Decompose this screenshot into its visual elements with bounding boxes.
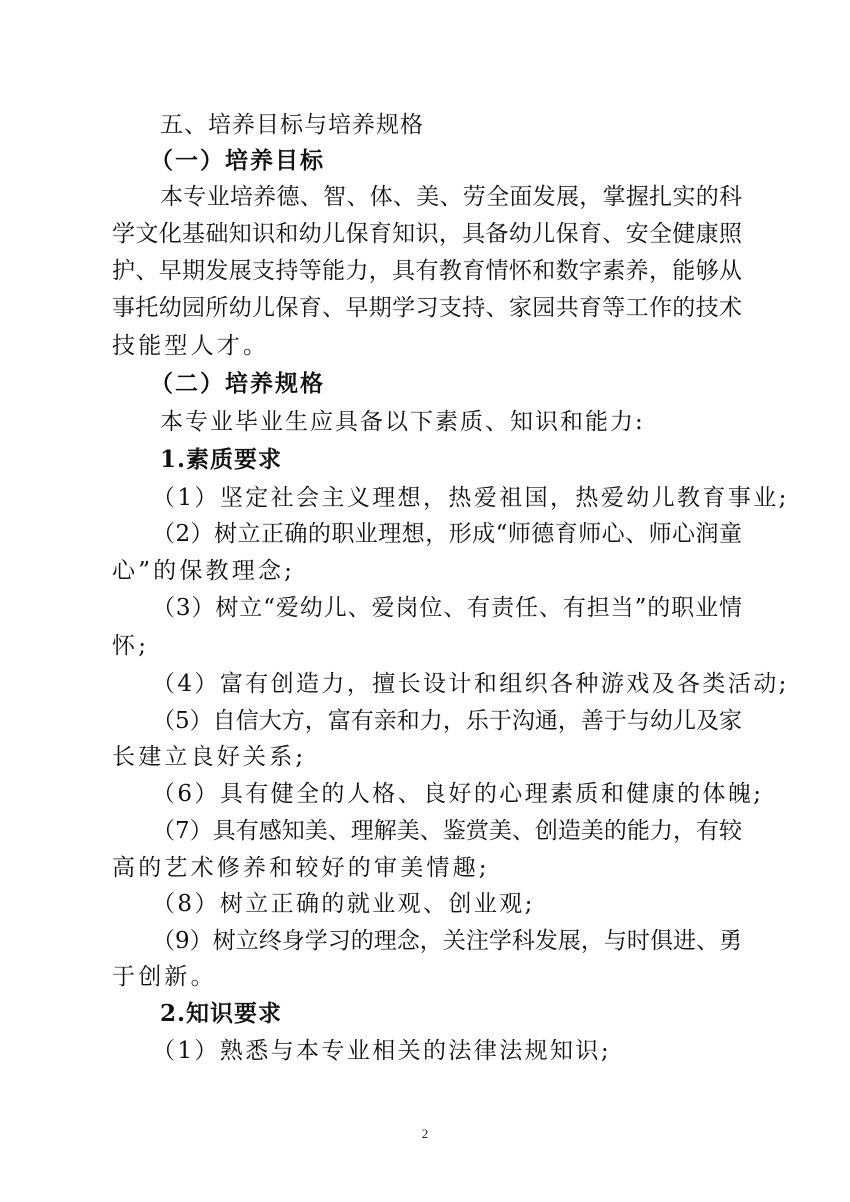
list-item: （6）具有健全的人格、良好的心理素质和健康的体魄; bbox=[152, 779, 734, 809]
quality-requirements-title: 1.素质要求 bbox=[160, 445, 742, 475]
paragraph-line: 技能型人才。 bbox=[112, 331, 742, 361]
paragraph-line: 学文化基础知识和幼儿保育知识，具备幼儿保育、安全健康照 bbox=[112, 219, 742, 249]
list-item: （2）树立正确的职业理想，形成“师德育师心、师心润童 bbox=[152, 519, 742, 549]
list-item: （7）具有感知美、理解美、鉴赏美、创造美的能力，有较 bbox=[152, 816, 742, 846]
paragraph-line: 本专业培养德、智、体、美、劳全面发展，掌握扎实的科 bbox=[160, 182, 742, 212]
list-item-continuation: 于创新。 bbox=[112, 962, 742, 992]
list-item: （5）自信大方，富有亲和力，乐于沟通，善于与幼儿及家 bbox=[152, 706, 742, 736]
page-number: 2 bbox=[0, 1126, 850, 1142]
intro-line: 本专业毕业生应具备以下素质、知识和能力: bbox=[160, 407, 742, 437]
list-item: （8）树立正确的就业观、创业观; bbox=[152, 889, 734, 919]
list-item-continuation: 怀; bbox=[112, 631, 742, 661]
subsection-title-goals: （一）培养目标 bbox=[150, 146, 732, 176]
knowledge-requirements-title: 2.知识要求 bbox=[160, 999, 742, 1029]
list-item: （4）富有创造力，擅长设计和组织各种游戏及各类活动; bbox=[152, 669, 734, 699]
list-item: （3）树立“爱幼儿、爱岗位、有责任、有担当”的职业情 bbox=[152, 593, 742, 623]
section-title: 五、培养目标与培养规格 bbox=[160, 110, 742, 140]
list-item-continuation: 高的艺术修养和较好的审美情趣; bbox=[112, 853, 742, 883]
subsection-title-specs: （二）培养规格 bbox=[150, 369, 732, 399]
list-item-continuation: 长建立良好关系; bbox=[112, 742, 742, 772]
list-item: （1）熟悉与本专业相关的法律法规知识; bbox=[152, 1036, 734, 1066]
paragraph-line: 护、早期发展支持等能力，具有教育情怀和数字素养，能够从 bbox=[112, 256, 742, 286]
paragraph-line: 事托幼园所幼儿保育、早期学习支持、家园共育等工作的技术 bbox=[112, 293, 742, 323]
list-item: （9）树立终身学习的理念，关注学科发展，与时俱进、勇 bbox=[152, 926, 742, 956]
document-page: 五、培养目标与培养规格 （一）培养目标 本专业培养德、智、体、美、劳全面发展，掌… bbox=[0, 0, 850, 1202]
list-item: （1）坚定社会主义理想，热爱祖国，热爱幼儿教育事业; bbox=[152, 483, 734, 513]
list-item-continuation: 心”的保教理念; bbox=[112, 556, 742, 586]
